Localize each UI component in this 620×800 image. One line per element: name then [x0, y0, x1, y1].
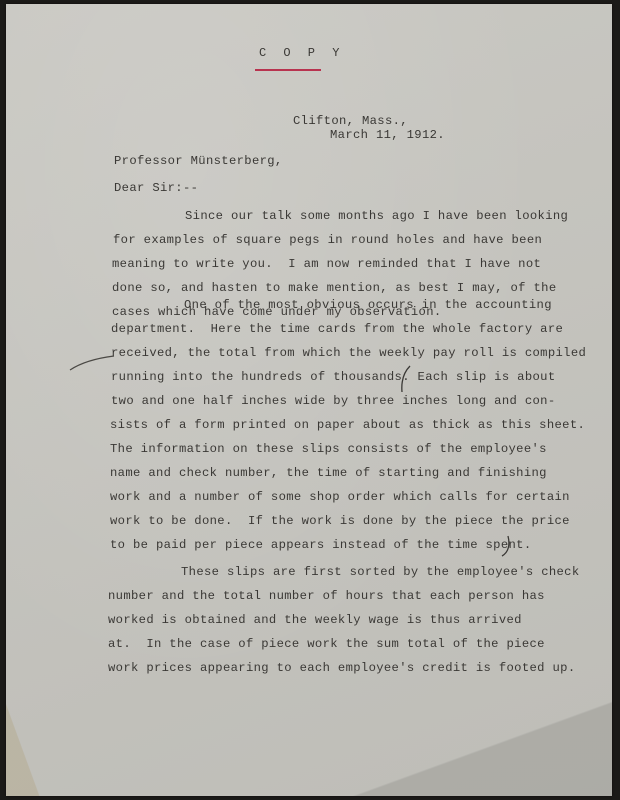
letter-page: C O P Y Clifton, Mass., March 11, 1912. …	[6, 4, 612, 796]
text-line: received, the total from which the weekl…	[111, 346, 586, 360]
recipient-line: Professor Münsterberg,	[114, 154, 283, 168]
text-line: work to be done. If the work is done by …	[110, 514, 570, 528]
date-line: March 11, 1912.	[330, 128, 445, 142]
margin-pencil-line-icon	[68, 352, 118, 374]
text-line: meaning to write you. I am now reminded …	[112, 257, 541, 271]
copy-heading: C O P Y	[259, 46, 344, 60]
open-bracket-mark-icon	[398, 364, 412, 394]
page-fold-shadow	[352, 701, 612, 796]
text-line: worked is obtained and the weekly wage i…	[108, 613, 522, 627]
text-line: One of the most obvious occurs in the ac…	[184, 298, 552, 312]
text-line: number and the total number of hours tha…	[108, 589, 545, 603]
text-line: work and a number of some shop order whi…	[110, 490, 570, 504]
text-line: at. In the case of piece work the sum to…	[108, 637, 545, 651]
text-line: to be paid per piece appears instead of …	[110, 538, 532, 552]
text-line: for examples of square pegs in round hol…	[113, 233, 542, 247]
location-line: Clifton, Mass.,	[293, 114, 408, 128]
text-line: Since our talk some months ago I have be…	[185, 209, 568, 223]
page-corner-fold	[6, 701, 54, 796]
text-line: department. Here the time cards from the…	[111, 322, 563, 336]
text-line: done so, and hasten to make mention, as …	[112, 281, 557, 295]
text-line: These slips are first sorted by the empl…	[181, 565, 580, 579]
text-line: The information on these slips consists …	[110, 442, 547, 456]
text-line: work prices appearing to each employee's…	[108, 661, 576, 675]
close-bracket-mark-icon	[500, 534, 514, 560]
salutation-line: Dear Sir:--	[114, 181, 198, 195]
red-underline	[255, 69, 321, 71]
text-line: running into the hundreds of thousands. …	[111, 370, 556, 384]
text-line: name and check number, the time of start…	[110, 466, 547, 480]
text-line: sists of a form printed on paper about a…	[110, 418, 585, 432]
text-line: two and one half inches wide by three in…	[111, 394, 556, 408]
